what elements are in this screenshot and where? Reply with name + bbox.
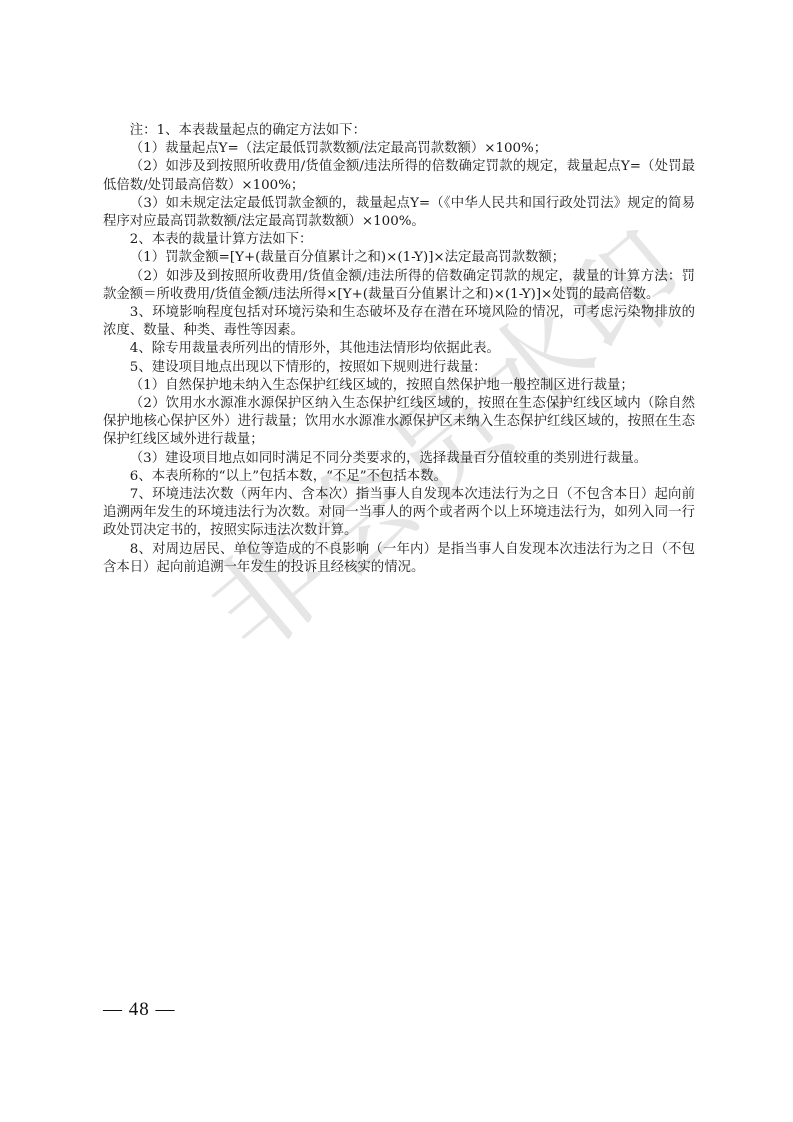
note-5-item-2: （2）饮用水水源准水源保护区纳入生态保护红线区域的，按照在生态保护红线区域内（除… <box>103 395 695 450</box>
note-1-item-1: （1）裁量起点Y=（法定最低罚款数额/法定最高罚款数额）×100%； <box>103 140 695 158</box>
note-6: 6、本表所称的“以上”包括本数，“不足”不包括本数。 <box>103 468 695 486</box>
note-5-item-3: （3）建设项目地点如同时满足不同分类要求的，选择裁量百分值较重的类别进行裁量。 <box>103 450 695 468</box>
note-5-heading: 5、建设项目地点出现以下情形的，按照如下规则进行裁量： <box>103 359 695 377</box>
document-page: 非会员水印 注：1、本表裁量起点的确定方法如下： （1）裁量起点Y=（法定最低罚… <box>0 0 793 1122</box>
note-3: 3、环境影响程度包括对环境污染和生态破坏及存在潜在环境风险的情况，可考虑污染物排… <box>103 304 695 340</box>
note-2-item-1: （1）罚款金额=[Y+(裁量百分值累计之和)×(1-Y)]×法定最高罚款数额； <box>103 249 695 267</box>
note-2-item-2: （2）如涉及到按照所收费用/货值金额/违法所得的倍数确定罚款的规定，裁量的计算方… <box>103 268 695 304</box>
note-8: 8、对周边居民、单位等造成的不良影响（一年内）是指当事人自发现本次违法行为之日（… <box>103 541 695 577</box>
note-1-item-3: （3）如未规定法定最低罚款金额的，裁量起点Y=（《中华人民共和国行政处罚法》规定… <box>103 195 695 231</box>
note-5-item-1: （1）自然保护地未纳入生态保护红线区域的，按照自然保护地一般控制区进行裁量； <box>103 377 695 395</box>
page-number: — 48 — <box>103 999 176 1021</box>
note-4: 4、除专用裁量表所列出的情形外，其他违法情形均依据此表。 <box>103 340 695 358</box>
note-1-heading: 注：1、本表裁量起点的确定方法如下： <box>103 122 695 140</box>
note-1-item-2: （2）如涉及到按照所收费用/货值金额/违法所得的倍数确定罚款的规定，裁量起点Y=… <box>103 158 695 194</box>
note-2-heading: 2、本表的裁量计算方法如下： <box>103 231 695 249</box>
notes-body: 注：1、本表裁量起点的确定方法如下： （1）裁量起点Y=（法定最低罚款数额/法定… <box>103 122 695 577</box>
note-7: 7、环境违法次数（两年内、含本次）指当事人自发现本次违法行为之日（不包含本日）起… <box>103 486 695 541</box>
